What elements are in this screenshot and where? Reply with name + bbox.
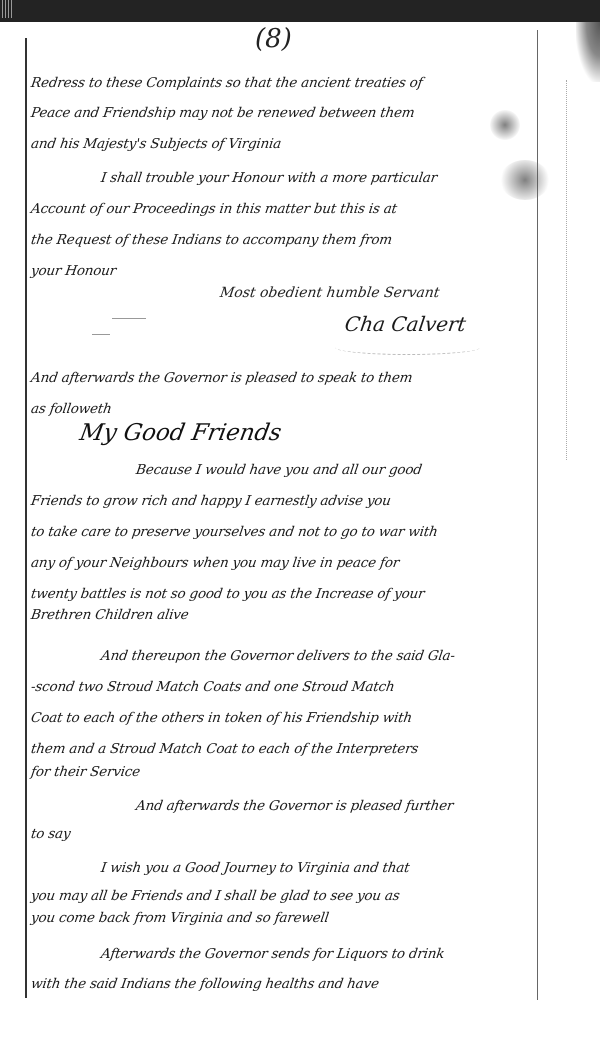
text-line: Friends to grow rich and happy I earnest… — [30, 493, 537, 509]
text-line: you may all be Friends and I shall be gl… — [30, 888, 537, 904]
text-line: Afterwards the Governor sends for Liquor… — [30, 946, 537, 962]
text-line: And afterwards the Governor is pleased f… — [30, 798, 537, 814]
text-line: And thereupon the Governor delivers to t… — [30, 648, 537, 664]
text-line: I shall trouble your Honour with a more … — [30, 170, 537, 186]
text-line: -scond two Stroud Match Coats and one St… — [30, 679, 537, 695]
text-line: twenty battles is not so good to you as … — [30, 586, 537, 602]
closing-line: Most obedient humble Servant — [219, 285, 441, 301]
text-line: Redress to these Complaints so that the … — [30, 75, 537, 91]
text-line: to say — [30, 826, 537, 842]
text-line: any of your Neighbours when you may live… — [30, 555, 537, 571]
text-line: your Honour — [30, 263, 537, 279]
page-number: (8) — [255, 24, 292, 54]
scan-top-border — [0, 0, 600, 22]
text-line: as followeth — [30, 401, 537, 417]
divider-dash — [92, 334, 110, 335]
text-line: the Request of these Indians to accompan… — [30, 232, 537, 248]
text-line: for their Service — [30, 764, 537, 780]
text-line: I wish you a Good Journey to Virginia an… — [30, 860, 537, 876]
signature: Cha Calvert — [343, 312, 467, 336]
signature-flourish — [335, 340, 480, 355]
right-edge-dots — [566, 80, 568, 460]
text-line: them and a Stroud Match Coat to each of … — [30, 741, 537, 757]
text-line: you come back from Virginia and so farew… — [30, 910, 537, 926]
text-line: Coat to each of the others in token of h… — [30, 710, 537, 726]
text-line: Brethren Children alive — [30, 607, 537, 623]
text-line: Because I would have you and all our goo… — [30, 462, 537, 478]
text-line: to take care to preserve yourselves and … — [30, 524, 537, 540]
salutation-heading: My Good Friends — [78, 420, 284, 446]
text-line: Account of our Proceedings in this matte… — [30, 201, 537, 217]
text-line: And afterwards the Governor is pleased t… — [30, 370, 537, 386]
text-line: Peace and Friendship may not be renewed … — [30, 105, 537, 121]
divider-dash — [112, 318, 146, 319]
text-line: and his Majesty's Subjects of Virginia — [30, 136, 537, 152]
binding-edge — [2, 0, 12, 18]
text-line: with the said Indians the following heal… — [30, 976, 537, 992]
left-margin-rule — [25, 38, 27, 998]
